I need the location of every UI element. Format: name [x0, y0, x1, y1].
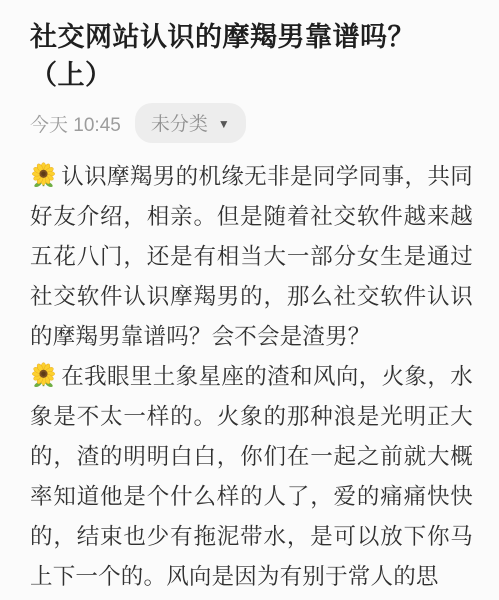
- post-timestamp: 今天 10:45: [30, 110, 121, 137]
- paragraph: 认识摩羯男的机缘无非是同学同事，共同好友介绍，相亲。但是随着社交软件越来越五花八…: [30, 157, 473, 357]
- paragraph-text: 在我眼里土象星座的渣和风向，火象，水象是不太一样的。火象的那种浪是光明正大的，渣…: [30, 364, 473, 589]
- post-meta: 今天 10:45 未分类 ▼: [30, 103, 473, 143]
- category-label: 未分类: [151, 109, 208, 136]
- post-body: 认识摩羯男的机缘无非是同学同事，共同好友介绍，相亲。但是随着社交软件越来越五花八…: [30, 157, 473, 597]
- paragraph-text: 认识摩羯男的机缘无非是同学同事，共同好友介绍，相亲。但是随着社交软件越来越五花八…: [30, 164, 473, 349]
- post-page: 社交网站认识的摩羯男靠谱吗？（上） 今天 10:45 未分类 ▼: [0, 0, 499, 600]
- chevron-down-icon: ▼: [218, 116, 230, 130]
- paragraph: 在我眼里土象星座的渣和风向，火象，水象是不太一样的。火象的那种浪是光明正大的，渣…: [30, 357, 473, 597]
- post-title: 社交网站认识的摩羯男靠谱吗？（上）: [30, 18, 473, 94]
- category-selector[interactable]: 未分类 ▼: [135, 103, 246, 143]
- sunflower-icon: [30, 162, 57, 189]
- sunflower-icon: [30, 362, 57, 389]
